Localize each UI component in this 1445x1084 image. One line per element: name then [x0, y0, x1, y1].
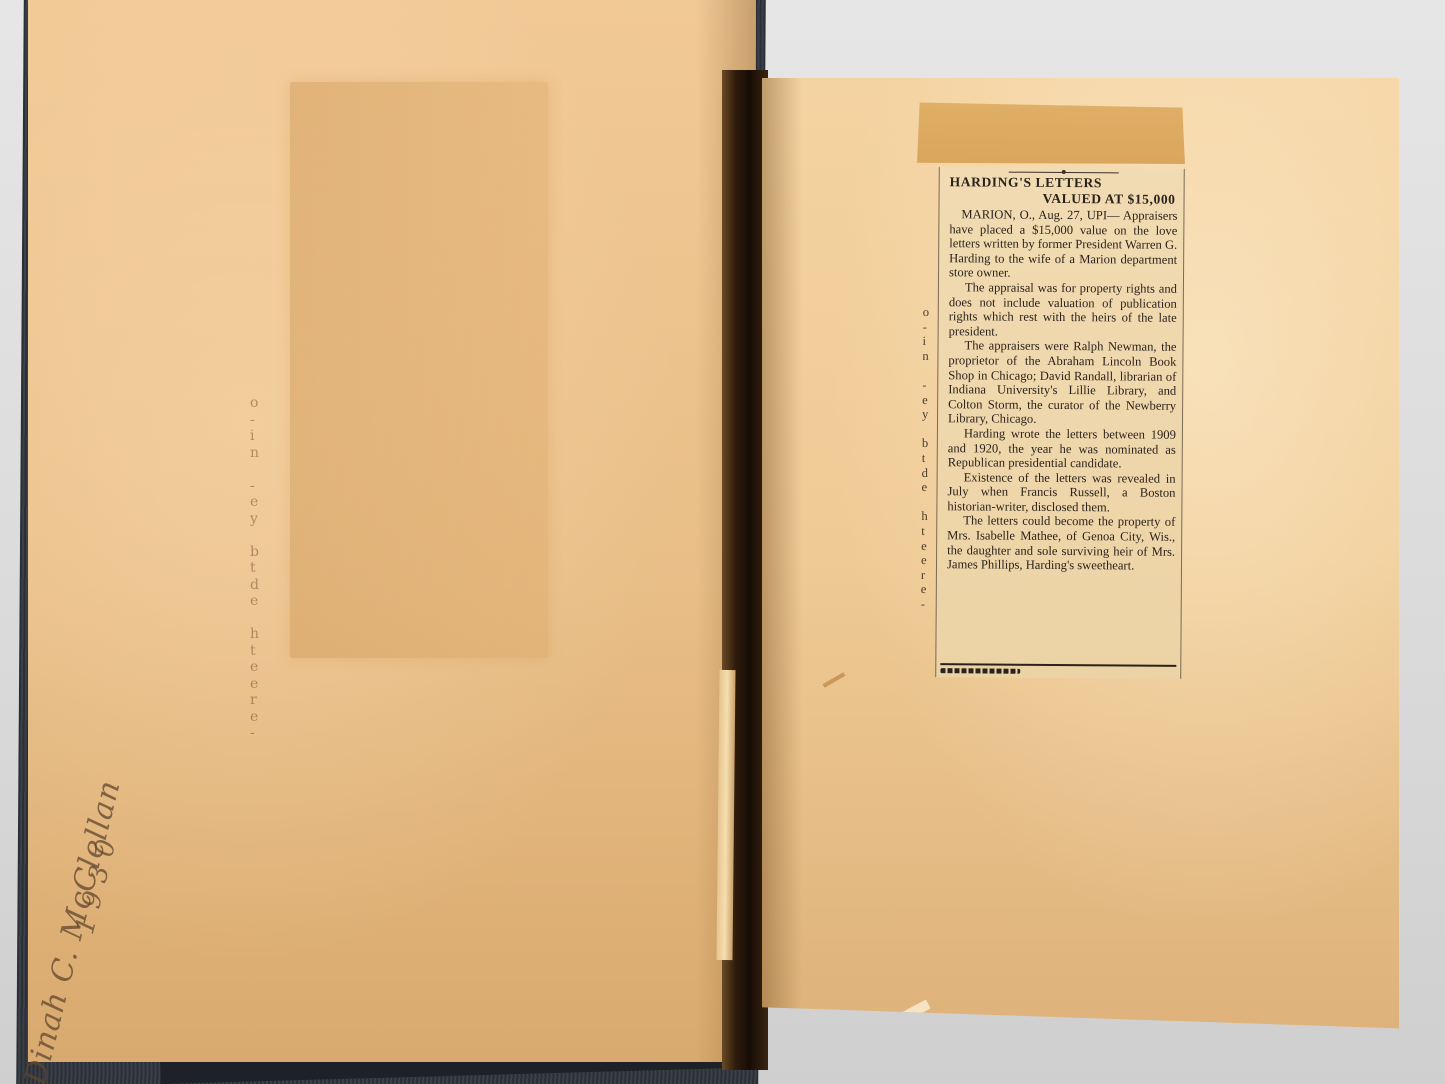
clipping-paragraph: MARION, O., Aug. 27, UPI— Appraisers hav… — [949, 207, 1178, 282]
clipping-headline: HARDING'S LETTERS VALUED AT $15,000 — [950, 174, 1178, 208]
clipping-paragraph: Existence of the letters was revealed in… — [947, 470, 1175, 515]
newspaper-clipping: o - i n - e y b t d e h t e e r e - HARD… — [935, 167, 1185, 679]
clipping-bottom-rule — [940, 663, 1176, 667]
clipping-paragraph: The appraisal was for property rights an… — [949, 280, 1177, 340]
ghost-offset-stain — [290, 82, 548, 658]
clipping-paragraph: The appraisers were Ralph Newman, the pr… — [948, 339, 1177, 428]
clipping-paragraph: The letters could become the property of… — [947, 514, 1175, 574]
paper-tear — [899, 1000, 930, 1023]
open-book-photo: o - i n - e y b t d e h t e e r e - Dina… — [0, 0, 1445, 1084]
clipping-dotted-border — [940, 668, 1020, 674]
aged-tape — [917, 100, 1185, 164]
left-pastedown-page: o - i n - e y b t d e h t e e r e - — [28, 0, 756, 1062]
paper-mark — [823, 672, 846, 687]
clipping-top-rule — [1009, 172, 1119, 174]
clipping-paragraph: Harding wrote the letters between 1909 a… — [948, 426, 1176, 471]
clipping-cut-letters: o - i n - e y b t d e h t e e r e - — [921, 305, 935, 612]
headline-line-1: HARDING'S LETTERS — [950, 174, 1102, 190]
clipping-body: MARION, O., Aug. 27, UPI— Appraisers hav… — [947, 207, 1178, 573]
offset-print-letters: o - i n - e y b t d e h t e e r e - — [250, 395, 270, 742]
headline-line-2: VALUED AT $15,000 — [950, 190, 1178, 208]
binding-hinge-strip — [716, 670, 735, 960]
